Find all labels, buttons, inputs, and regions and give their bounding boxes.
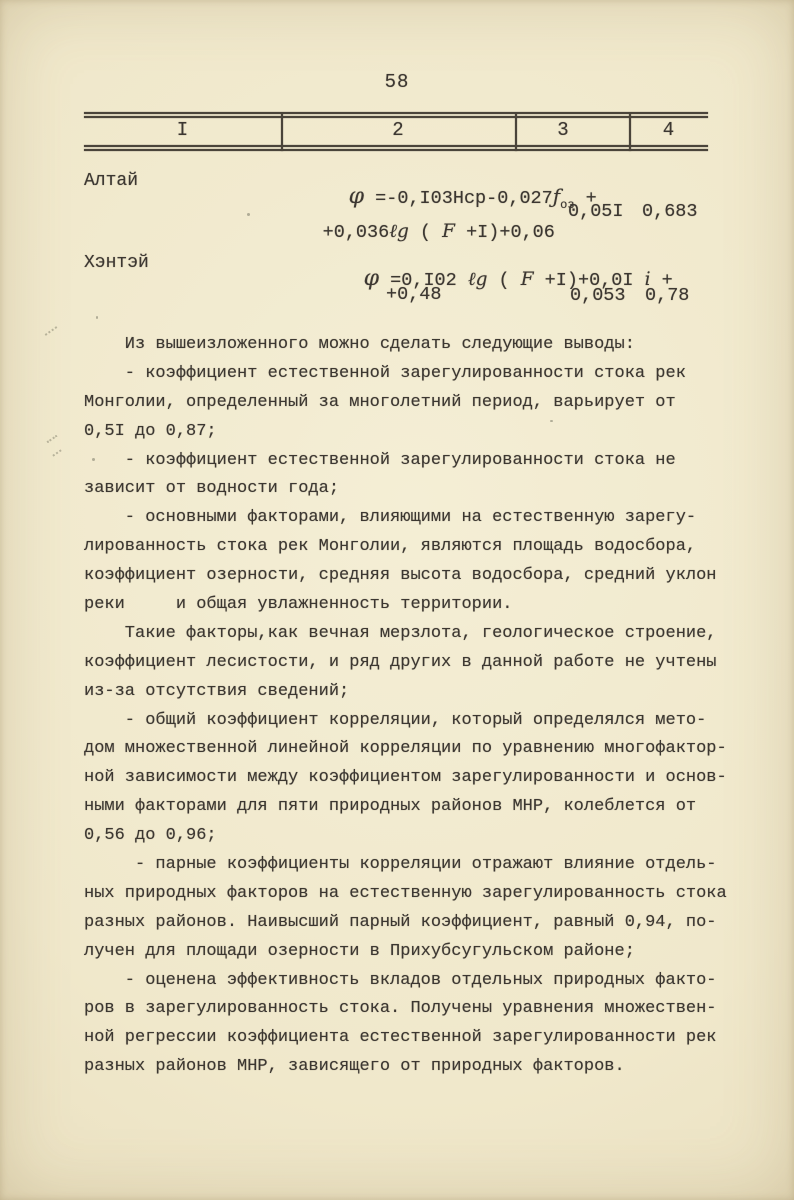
text-line: разных районов МНР, зависящего от природ…	[84, 1053, 727, 1082]
value-col4: 0,78	[645, 285, 689, 306]
text-line: 0,5I до 0,87;	[84, 418, 727, 447]
table-rule-bottom-inner	[84, 145, 708, 147]
pencil-mark	[47, 435, 58, 444]
text-line: ной зависимости между коэффициентом заре…	[84, 764, 727, 793]
value-col4: 0,683	[642, 201, 698, 222]
text-line: лучен для площади озерности в Прихубсугу…	[84, 938, 727, 967]
text-line: коэффициент лесистости, и ряд других в д…	[84, 649, 727, 678]
scan-speck	[96, 316, 98, 319]
formula-text: +0,036	[323, 222, 390, 243]
value-col3: 0,053	[570, 285, 626, 306]
pencil-mark	[45, 326, 58, 336]
text-line: лированность стока рек Монголии, являютс…	[84, 533, 727, 562]
lg-symbol: ℓg	[468, 269, 488, 290]
text-line: коэффициент озерности, средняя высота во…	[84, 562, 727, 591]
formula-text: (	[409, 222, 442, 243]
F-symbol: F	[442, 221, 455, 242]
page-number: 58	[0, 71, 794, 93]
text-line: из-за отсутствия сведений;	[84, 678, 727, 707]
col-header-4: 4	[629, 119, 708, 141]
text-line: ров в зарегулированность стока. Получены…	[84, 995, 727, 1024]
text-line: зависит от водности года;	[84, 475, 727, 504]
region-label: Хэнтэй	[84, 253, 149, 273]
text-line: - общий коэффициент корреляции, который …	[84, 707, 727, 736]
text-line: Из вышеизложенного можно сделать следующ…	[84, 331, 727, 360]
F-symbol: F	[521, 269, 534, 290]
pencil-mark	[52, 449, 61, 456]
col-header-3: 3	[515, 119, 611, 141]
text-line: Такие факторы,как вечная мерзлота, геоло…	[84, 620, 727, 649]
col-header-2: 2	[281, 119, 515, 141]
formula-line-2: +0,48	[386, 284, 442, 305]
text-line: ной регрессии коэффициента естественной …	[84, 1024, 727, 1053]
text-line: ными факторами для пяти природных районо…	[84, 793, 727, 822]
text-line: разных районов. Наивысший парный коэффиц…	[84, 909, 727, 938]
text-line: ных природных факторов на естественную з…	[84, 880, 727, 909]
text-line: - основными факторами, влияющими на есте…	[84, 504, 727, 533]
col-header-1: I	[84, 119, 281, 141]
scan-speck	[92, 458, 95, 461]
phi-symbol: φ	[364, 266, 379, 291]
table-rule-bottom-outer	[84, 149, 708, 151]
text-line: Монголии, определенный за многолетний пе…	[84, 389, 727, 418]
text-line: дом множественной линейной корреляции по…	[84, 735, 727, 764]
region-label: Алтай	[84, 171, 138, 191]
text-line: реки и общая увлажненность территории.	[84, 591, 727, 620]
text-line: - коэффициент естественной зарегулирован…	[84, 447, 727, 476]
table-rule-top-inner	[84, 116, 708, 118]
conclusions-text: Из вышеизложенного можно сделать следующ…	[84, 331, 727, 1082]
text-line: - парные коэффициенты корреляции отражаю…	[84, 851, 727, 880]
lg-symbol: ℓg	[389, 221, 409, 242]
table-rule-top-outer	[84, 112, 708, 114]
text-line: - оценена эффективность вкладов отдельны…	[84, 967, 727, 996]
value-col3: 0,05I	[568, 201, 624, 222]
text-line: 0,56 до 0,96;	[84, 822, 727, 851]
scan-speck	[550, 420, 553, 422]
scanned-document-page: 58 I 2 3 4 Алтай φ =-0,I03Нср-0,027ƒоз +…	[0, 0, 794, 1200]
scan-speck	[247, 213, 250, 216]
formula-text: +I)+0,06	[455, 222, 555, 243]
text-line: - коэффициент естественной зарегулирован…	[84, 360, 727, 389]
formula-text: (	[487, 270, 520, 291]
